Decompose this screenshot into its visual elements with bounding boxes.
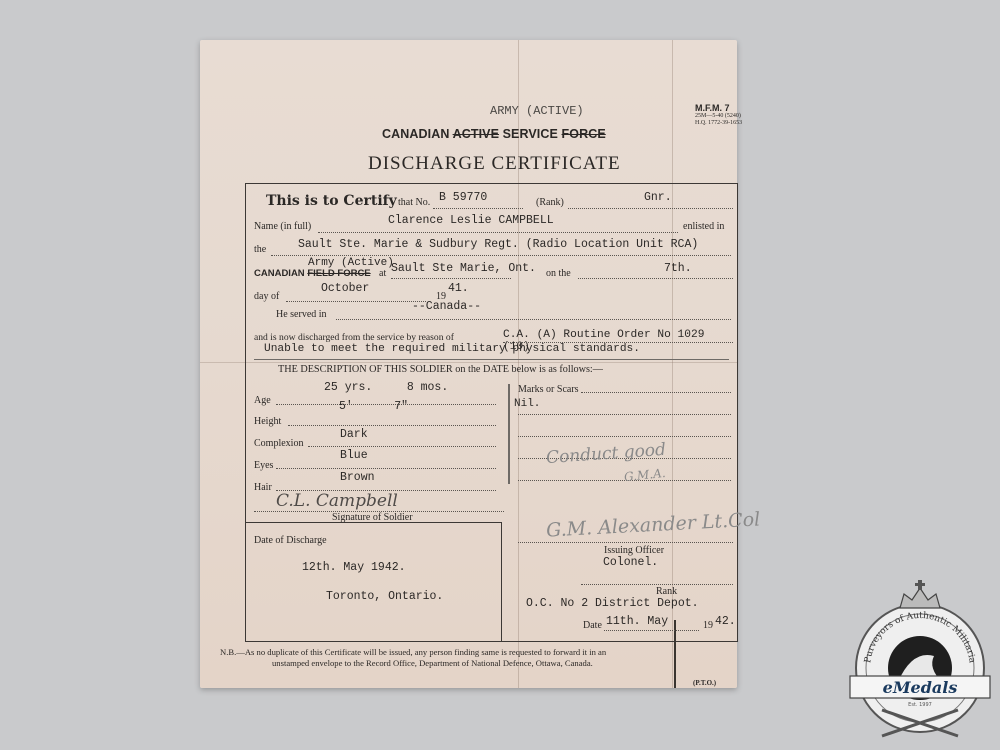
enlist-place: Sault Ste Marie, Ont. bbox=[391, 262, 536, 275]
dotted-line bbox=[581, 392, 731, 393]
officer-unit: O.C. No 2 District Depot. bbox=[526, 597, 699, 610]
that-no-label: that No. bbox=[398, 197, 430, 208]
marks-label: Marks or Scars bbox=[518, 384, 579, 395]
dotted-line bbox=[568, 208, 733, 209]
reason-label: and is now discharged from the service b… bbox=[254, 332, 454, 343]
marks-value: Nil. bbox=[514, 398, 540, 410]
year-suffix: 41. bbox=[448, 282, 469, 295]
dotted-line bbox=[308, 446, 496, 447]
enlisted-label: enlisted in bbox=[683, 221, 724, 232]
rank-value: Gnr. bbox=[644, 191, 672, 204]
dotted-line bbox=[518, 542, 733, 543]
served-label: He served in bbox=[276, 309, 327, 320]
field-force-struck: FIELD FORCE bbox=[307, 268, 370, 279]
force-heading: CANADIAN ACTIVE SERVICE FORCE bbox=[382, 127, 606, 141]
certificate-body: This is to Certify that No. B 59770 (Ran… bbox=[245, 183, 738, 642]
form-code: M.F.M. 7 bbox=[695, 103, 742, 113]
issuing-officer-label: Issuing Officer bbox=[604, 545, 664, 556]
force-struck-1: ACTIVE bbox=[453, 127, 499, 141]
discharge-date: 12th. May 1942. bbox=[302, 561, 406, 574]
field-force-prefix: CANADIAN bbox=[254, 268, 307, 279]
description-divider bbox=[508, 384, 510, 484]
officer-signature: G.M. Alexander Lt.Col bbox=[546, 508, 761, 541]
nb-line-2: unstamped envelope to the Record Office,… bbox=[220, 658, 725, 669]
seal-est: Est. 1997 bbox=[908, 702, 932, 708]
discharge-date-label: Date of Discharge bbox=[254, 535, 327, 546]
issue-year-suffix: 42. bbox=[715, 615, 736, 628]
the-label: the bbox=[254, 244, 266, 255]
form-print-run: 25M—5-40 (5240) bbox=[695, 113, 742, 120]
discharge-box: Date of Discharge 12th. May 1942. Toront… bbox=[246, 522, 502, 642]
dotted-line bbox=[286, 301, 426, 302]
eyes-label: Eyes bbox=[254, 460, 273, 471]
dotted-line bbox=[318, 232, 678, 233]
force-middle: SERVICE bbox=[499, 127, 562, 141]
emedals-watermark-seal: Purveyors of Authentic Militaria eMedals… bbox=[842, 580, 998, 745]
conduct-initials: G.M.A. bbox=[623, 466, 666, 484]
form-code-block: M.F.M. 7 25M—5-40 (5240) H.Q. 1772-39-16… bbox=[695, 103, 742, 127]
unit-value: Sault Ste. Marie & Sudbury Regt. (Radio … bbox=[298, 238, 698, 251]
form-hq-number: H.Q. 1772-39-1653 bbox=[695, 120, 742, 127]
height-value: 5' 7" bbox=[339, 400, 408, 413]
age-label: Age bbox=[254, 395, 271, 406]
dotted-line bbox=[578, 278, 733, 279]
hair-value: Brown bbox=[340, 471, 375, 484]
service-number: B 59770 bbox=[439, 191, 487, 204]
dotted-line bbox=[581, 584, 733, 585]
discharge-place: Toronto, Ontario. bbox=[326, 590, 443, 603]
enlist-day: 7th. bbox=[664, 262, 692, 275]
force-struck-2: FORCE bbox=[562, 127, 606, 141]
dotted-line bbox=[518, 436, 731, 437]
dotted-line bbox=[336, 319, 731, 320]
certify-lead: This is to Certify bbox=[266, 193, 397, 209]
certificate-title: DISCHARGE CERTIFICATE bbox=[368, 153, 621, 175]
issue-year-prefix: 19 bbox=[703, 620, 713, 631]
nb-line-1: N.B.—As no duplicate of this Certificate… bbox=[220, 647, 725, 658]
served-in-value: --Canada-- bbox=[412, 300, 481, 313]
nb-notice: N.B.—As no duplicate of this Certificate… bbox=[220, 647, 725, 669]
dotted-line bbox=[604, 630, 699, 631]
discharge-certificate-document: ARMY (ACTIVE) CANADIAN ACTIVE SERVICE FO… bbox=[200, 40, 737, 688]
date-label: Date bbox=[583, 620, 602, 631]
seal-brand: eMedals bbox=[883, 678, 958, 697]
age-value: 25 yrs. 8 mos. bbox=[324, 381, 448, 394]
eyes-value: Blue bbox=[340, 449, 368, 462]
field-force-label: CANADIAN FIELD FORCE bbox=[254, 268, 371, 279]
conduct-note: Conduct good bbox=[545, 440, 666, 468]
force-prefix: CANADIAN bbox=[382, 127, 453, 141]
day-of-label: day of bbox=[254, 291, 279, 302]
officer-rank-value: Colonel. bbox=[603, 556, 658, 569]
emedals-seal-icon: Purveyors of Authentic Militaria eMedals… bbox=[842, 580, 998, 745]
dotted-line bbox=[518, 414, 731, 415]
height-label: Height bbox=[254, 416, 281, 427]
underline bbox=[254, 359, 729, 360]
on-the-label: on the bbox=[546, 268, 571, 279]
description-heading: THE DESCRIPTION OF THIS SOLDIER on the D… bbox=[278, 364, 603, 375]
complexion-label: Complexion bbox=[254, 438, 303, 449]
enlist-month: October bbox=[321, 282, 369, 295]
complexion-value: Dark bbox=[340, 428, 368, 441]
pto-marker: (P.T.O.) bbox=[693, 679, 716, 687]
dotted-line bbox=[271, 255, 731, 256]
hair-label: Hair bbox=[254, 482, 272, 493]
army-active-overtype: ARMY (ACTIVE) bbox=[490, 104, 584, 118]
soldier-name: Clarence Leslie CAMPBELL bbox=[388, 214, 554, 227]
rank-label: (Rank) bbox=[536, 197, 564, 208]
dotted-line bbox=[288, 425, 496, 426]
at-label: at bbox=[379, 268, 386, 279]
reason-line-2: Unable to meet the required military phy… bbox=[264, 343, 640, 355]
name-label: Name (in full) bbox=[254, 221, 311, 232]
soldier-signature: C.L. Campbell bbox=[276, 491, 398, 511]
rank-label-2: Rank bbox=[656, 586, 677, 597]
dotted-line bbox=[391, 278, 511, 279]
dotted-line bbox=[433, 208, 523, 209]
dotted-line bbox=[276, 468, 496, 469]
issue-date: 11th. May bbox=[606, 615, 668, 628]
